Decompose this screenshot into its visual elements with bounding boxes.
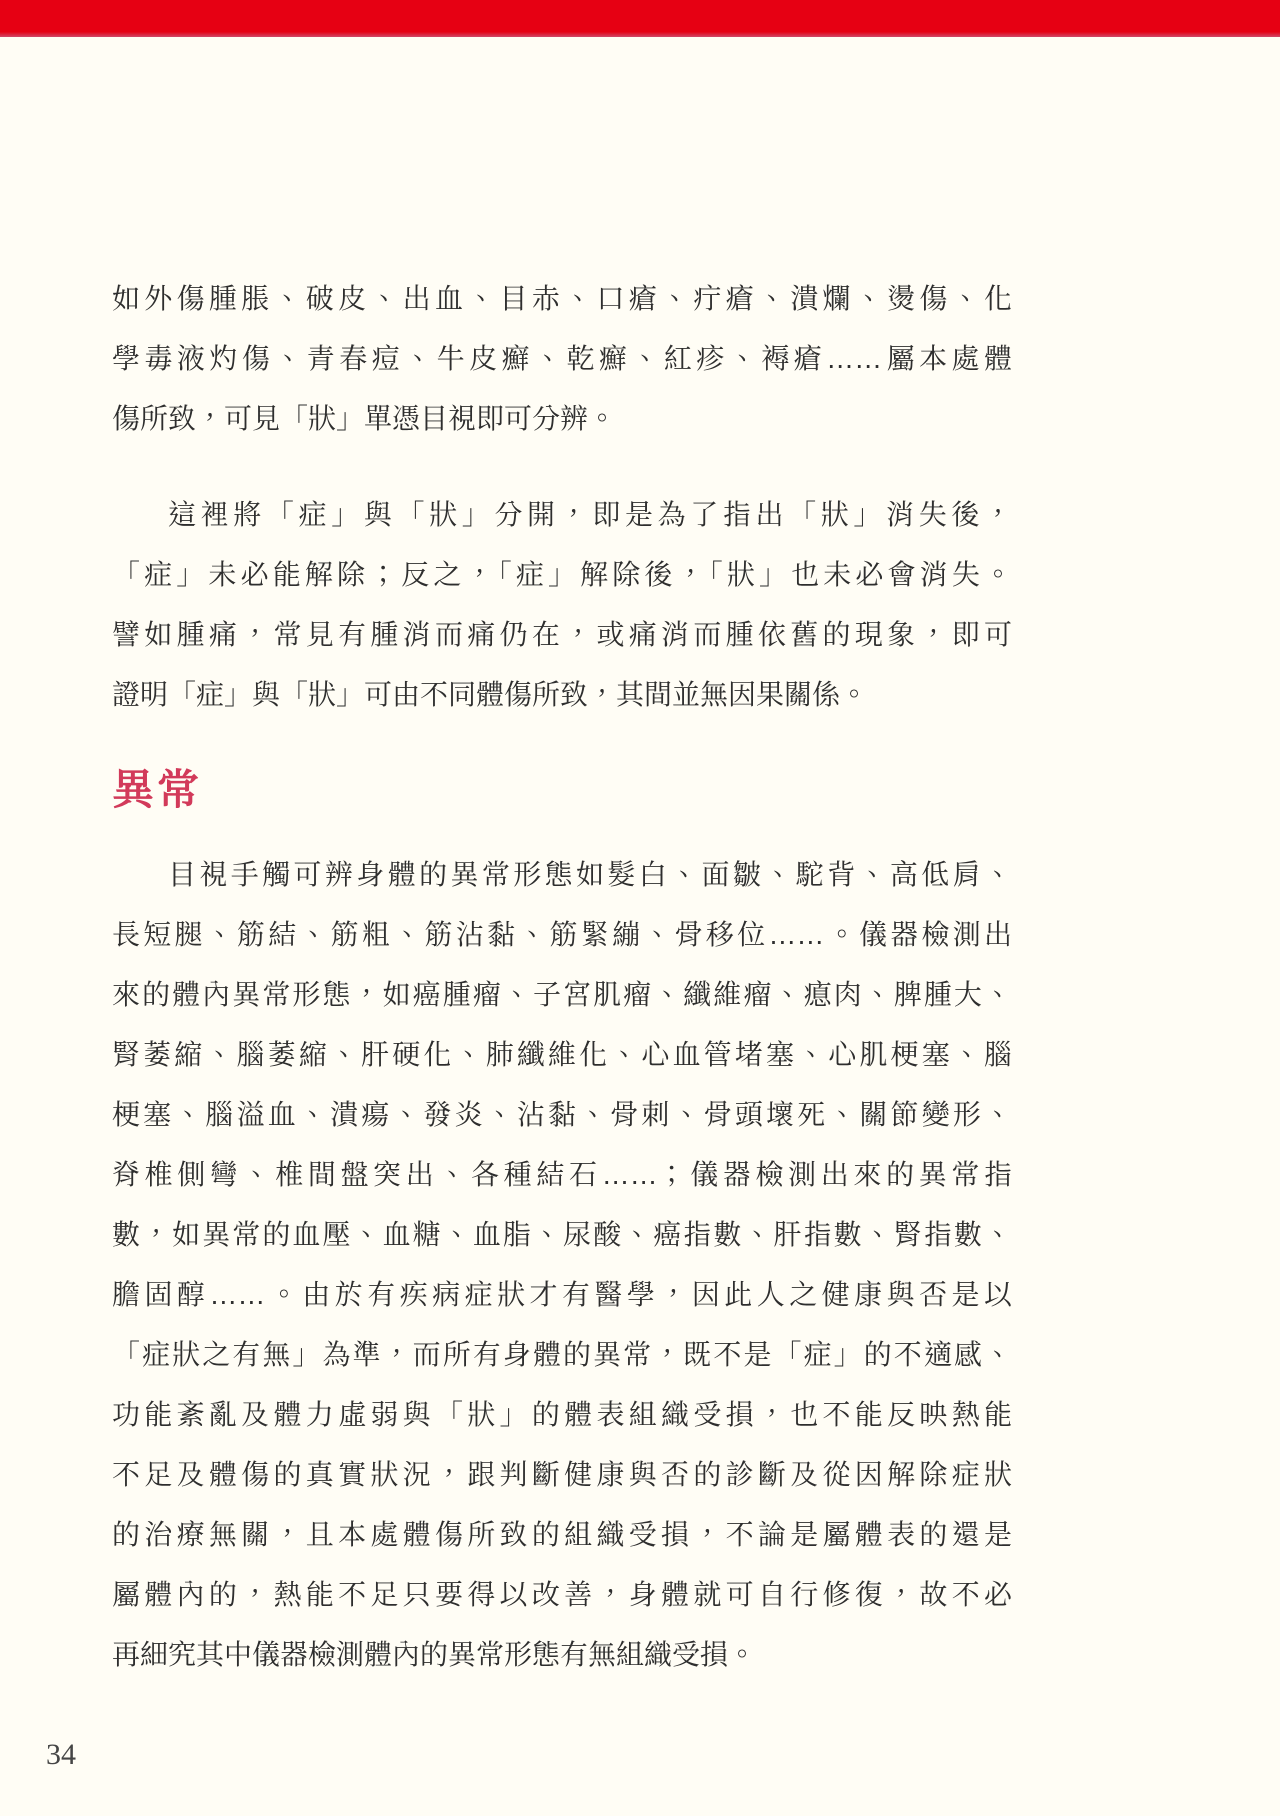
top-red-bar [0, 0, 1280, 37]
text-line: 脊椎側彎、椎間盤突出、各種結石……；儀器檢測出來的異常指 [112, 1145, 1012, 1205]
text-line: 數，如異常的血壓、血糖、血脂、尿酸、癌指數、肝指數、腎指數、 [112, 1205, 1012, 1265]
text-line: 梗塞、腦溢血、潰瘍、發炎、沾黏、骨刺、骨頭壞死、關節變形、 [112, 1085, 1012, 1145]
text-line: 傷所致，可見「狀」單憑目視即可分辨。 [112, 389, 1012, 449]
paragraph: 如外傷腫脹、破皮、出血、目赤、口瘡、疔瘡、潰爛、燙傷、化學毒液灼傷、青春痘、牛皮… [112, 269, 1012, 449]
text-line: 學毒液灼傷、青春痘、牛皮癬、乾癬、紅疹、褥瘡……屬本處體 [112, 329, 1012, 389]
text-line: 「症狀之有無」為準，而所有身體的異常，既不是「症」的不適感、 [112, 1325, 1012, 1385]
text-line: 這裡將「症」與「狀」分開，即是為了指出「狀」消失後， [112, 485, 1012, 545]
text-line: 「症」未必能解除；反之，「症」解除後，「狀」也未必會消失。 [112, 545, 1012, 605]
text-line: 長短腿、筋結、筋粗、筋沾黏、筋緊繃、骨移位……。儀器檢測出 [112, 905, 1012, 965]
text-line: 目視手觸可辨身體的異常形態如髮白、面皺、駝背、高低肩、 [112, 845, 1012, 905]
text-line: 膽固醇……。由於有疾病症狀才有醫學，因此人之健康與否是以 [112, 1265, 1012, 1325]
text-line: 來的體內異常形態，如癌腫瘤、子宮肌瘤、纖維瘤、瘜肉、脾腫大、 [112, 965, 1012, 1025]
section-heading: 異常 [112, 765, 1012, 815]
text-line: 腎萎縮、腦萎縮、肝硬化、肺纖維化、心血管堵塞、心肌梗塞、腦 [112, 1025, 1012, 1085]
text-line: 如外傷腫脹、破皮、出血、目赤、口瘡、疔瘡、潰爛、燙傷、化 [112, 269, 1012, 329]
text-line: 不足及體傷的真實狀況，跟判斷健康與否的診斷及從因解除症狀 [112, 1445, 1012, 1505]
text-line: 譬如腫痛，常見有腫消而痛仍在，或痛消而腫依舊的現象，即可 [112, 605, 1012, 665]
page-number: 34 [46, 1738, 76, 1772]
text-line: 功能紊亂及體力虛弱與「狀」的體表組織受損，也不能反映熱能 [112, 1385, 1012, 1445]
page-content: 如外傷腫脹、破皮、出血、目赤、口瘡、疔瘡、潰爛、燙傷、化學毒液灼傷、青春痘、牛皮… [112, 269, 1012, 1685]
paragraph: 這裡將「症」與「狀」分開，即是為了指出「狀」消失後，「症」未必能解除；反之，「症… [112, 485, 1012, 725]
text-line: 屬體內的，熱能不足只要得以改善，身體就可自行修復，故不必 [112, 1565, 1012, 1625]
text-line: 再細究其中儀器檢測體內的異常形態有無組織受損。 [112, 1625, 1012, 1685]
text-line: 證明「症」與「狀」可由不同體傷所致，其間並無因果關係。 [112, 665, 1012, 725]
text-line: 的治療無關，且本處體傷所致的組織受損，不論是屬體表的還是 [112, 1505, 1012, 1565]
paragraph: 目視手觸可辨身體的異常形態如髮白、面皺、駝背、高低肩、長短腿、筋結、筋粗、筋沾黏… [112, 845, 1012, 1685]
